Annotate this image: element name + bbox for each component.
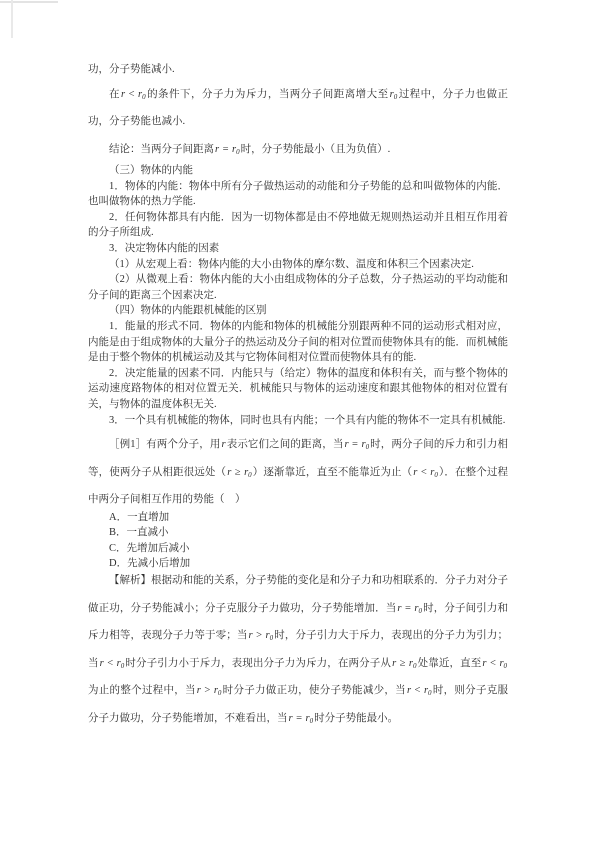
math-variable-subscript: r0 <box>423 685 433 696</box>
text-run: 时分子势能最小。 <box>314 713 398 724</box>
text-run: （三）物体的内能 <box>109 165 193 176</box>
math-variable: r <box>343 439 349 450</box>
text-run: 时，分子势能最小（且为负值）. <box>241 144 391 155</box>
subscript: 0 <box>434 471 438 479</box>
math-operator: = <box>294 713 305 724</box>
math-operator: < <box>105 658 116 669</box>
option-c: C．先增加后减小 <box>88 541 508 557</box>
text-run: ）逐渐靠近，直至不能靠近为止（ <box>253 467 413 478</box>
math-operator: ≥ <box>232 467 243 478</box>
math-variable-subscript: r0 <box>137 89 147 100</box>
text-run: 表示它们之间的距离，当 <box>227 439 344 450</box>
math-variable-subscript: r0 <box>116 658 126 669</box>
subscript: 0 <box>418 607 422 615</box>
math-operator: = <box>220 144 231 155</box>
text-run: 处靠近，直至 <box>418 658 482 669</box>
paragraph-difference-3: 3．一个具有机械能的物体，同时也具有内能；一个具有内能的物体不一定具有机械能. <box>88 413 508 429</box>
math-variable-subscript: r0 <box>408 658 418 669</box>
math-variable-subscript: r0 <box>389 89 399 100</box>
subscript: 0 <box>270 634 274 642</box>
math-operator: > <box>254 630 265 641</box>
text-run: 为止的整个过程中，当 <box>88 685 196 696</box>
math-variable-subscript: r0 <box>305 713 315 724</box>
text-run: （2）从微观上看：物体内能的大小由组成物体的分子总数，分子热运动的平均动能和分子… <box>88 274 508 301</box>
text-run: B．一直减小 <box>109 527 169 538</box>
heading-section-3: （三）物体的内能 <box>88 163 508 179</box>
paragraph-continuation: 功，分子势能减小. <box>88 62 508 78</box>
scan-edge-artifact <box>0 1 58 3</box>
text-run: 功，分子势能减小. <box>88 64 175 75</box>
text-run: 在 <box>109 89 120 100</box>
option-a: A．一直增加 <box>88 510 508 526</box>
paragraph-all-objects-have-internal-energy: 2．任何物体都具有内能．因为一切物体都是由不停地做无规则热运动并且相互作用着的分… <box>88 210 508 241</box>
math-variable: r <box>196 685 202 696</box>
subscript: 0 <box>218 689 222 697</box>
math-variable: r <box>288 713 294 724</box>
paragraph-micro-view: （2）从微观上看：物体内能的大小由组成物体的分子总数，分子热运动的平均动能和分子… <box>88 272 508 303</box>
text-run: 的条件下，分子力为斥力，当两分子间距离增大至 <box>147 89 389 100</box>
math-variable: r <box>99 658 105 669</box>
math-operator: ≥ <box>397 658 408 669</box>
subscript: 0 <box>248 471 252 479</box>
text-run: A．一直增加 <box>109 512 169 523</box>
subscript: 0 <box>121 662 125 670</box>
math-variable: r <box>481 658 487 669</box>
math-operator: > <box>202 685 213 696</box>
math-variable: r <box>247 630 253 641</box>
option-b: B．一直减小 <box>88 525 508 541</box>
text-run: 3．一个具有机械能的物体，同时也具有内能；一个具有内能的物体不一定具有机械能. <box>109 415 505 426</box>
text-run: 1．能量的形式不同．物体的内能和物体的机械能分别跟两种不同的运动形式相对应，内能… <box>88 321 508 363</box>
text-run: 1．物体的内能：物体中所有分子做热运动的动能和分子势能的总和叫做物体的内能．也叫… <box>88 181 508 208</box>
math-operator: = <box>350 439 361 450</box>
document-body: 功，分子势能减小.在r<r0的条件下，分子力为斥力，当两分子间距离增大至r0过程… <box>88 62 508 732</box>
heading-section-4: （四）物体的内能跟机械能的区别 <box>88 303 508 319</box>
subscript: 0 <box>310 717 314 725</box>
document-page: 功，分子势能减小.在r<r0的条件下，分子力为斥力，当两分子间距离增大至r0过程… <box>0 0 595 841</box>
subscript: 0 <box>366 443 370 451</box>
paragraph-macro-view: （1）从宏观上看：物体内能的大小由物体的摩尔数、温度和体积三个因素决定. <box>88 257 508 273</box>
subscript: 0 <box>428 689 432 697</box>
paragraph-internal-energy-def: 1．物体的内能：物体中所有分子做热运动的动能和分子势能的总和叫做物体的内能．也叫… <box>88 179 508 210</box>
math-operator: < <box>126 89 137 100</box>
math-operator: < <box>488 658 499 669</box>
math-variable-subscript: r0 <box>360 439 370 450</box>
text-run: 3．决定物体内能的因素 <box>109 243 219 254</box>
math-variable-subscript: r0 <box>265 630 275 641</box>
text-run: （1）从宏观上看：物体内能的大小由物体的摩尔数、温度和体积三个因素决定. <box>109 259 474 270</box>
paragraph-difference-1: 1．能量的形式不同．物体的内能和物体的机械能分别跟两种不同的运动形式相对应，内能… <box>88 319 508 366</box>
subscript: 0 <box>394 93 398 101</box>
math-operator: < <box>418 467 429 478</box>
text-run: ［例1］有两个分子，用 <box>109 439 221 450</box>
math-variable-subscript: r0 <box>231 144 241 155</box>
text-run: 时分子力做正功，使分子势能减少，当 <box>222 685 406 696</box>
subscript: 0 <box>142 93 146 101</box>
subscript: 0 <box>413 662 417 670</box>
text-run: （四）物体的内能跟机械能的区别 <box>109 305 267 316</box>
text-run: 时分子引力小于斥力，表现出分子力为斥力，在两分子从 <box>125 658 391 669</box>
subscript: 0 <box>236 148 240 156</box>
math-operator: < <box>412 685 423 696</box>
text-run: 2．决定能量的因素不同．内能只与（给定）物体的温度和体积有关，而与整个物体的运动… <box>88 368 508 410</box>
math-variable-subscript: r0 <box>243 467 253 478</box>
math-variable-subscript: r0 <box>413 603 423 614</box>
paragraph-repulsion-case: 在r<r0的条件下，分子力为斥力，当两分子间距离增大至r0过程中，分子力也做正功… <box>88 81 508 136</box>
math-variable-subscript: r0 <box>498 658 508 669</box>
math-variable-subscript: r0 <box>213 685 223 696</box>
text-run: 2．任何物体都具有内能．因为一切物体都是由不停地做无规则热运动并且相互作用着的分… <box>88 212 508 239</box>
paragraph-example-1: ［例1］有两个分子，用r表示它们之间的距离，当r=r0时，两分子间的斥力和引力相… <box>88 431 508 514</box>
text-run: 结论：当两分子间距离 <box>109 144 214 155</box>
paragraph-conclusion: 结论：当两分子间距离r=r0时，分子势能最小（且为负值）. <box>88 136 508 164</box>
math-operator: = <box>402 603 413 614</box>
text-run: C．先增加后减小 <box>109 543 190 554</box>
scan-edge-artifact <box>11 0 13 38</box>
math-variable-subscript: r0 <box>429 467 439 478</box>
paragraph-factors-heading: 3．决定物体内能的因素 <box>88 241 508 257</box>
paragraph-analysis: 【解析】根据动和能的关系，分子势能的变化是和分子力和功相联系的．分子力对分子做正… <box>88 567 508 732</box>
subscript: 0 <box>504 662 508 670</box>
paragraph-difference-2: 2．决定能量的因素不同．内能只与（给定）物体的温度和体积有关，而与整个物体的运动… <box>88 366 508 413</box>
